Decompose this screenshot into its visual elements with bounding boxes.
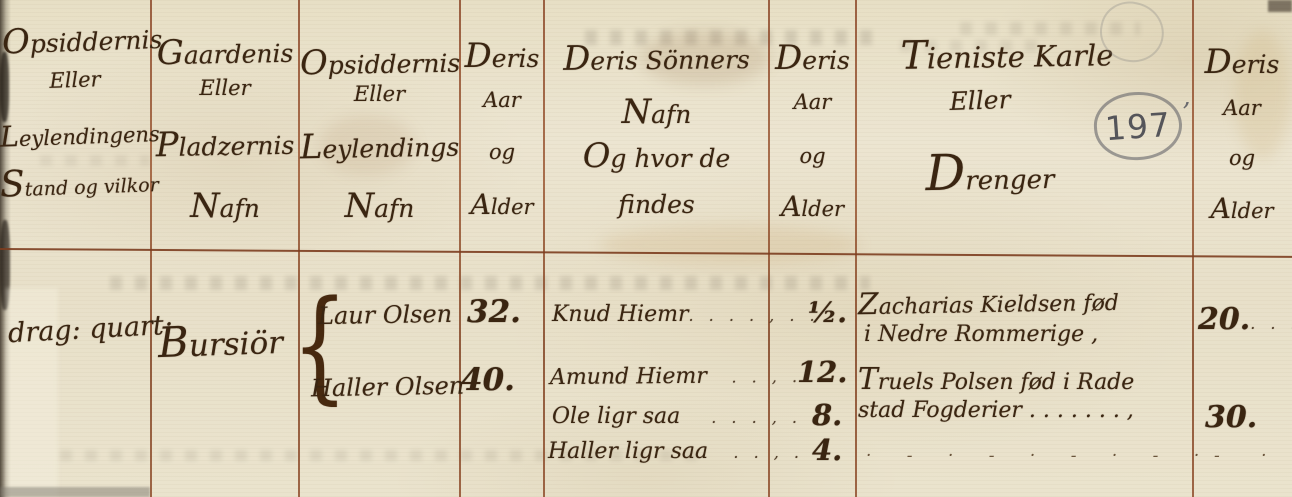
son-age: 12. [797, 355, 847, 389]
column-header-line: og [461, 140, 543, 164]
column-header-line: Aar [461, 88, 543, 112]
son-name: Amund Hiemr [550, 364, 707, 390]
column-header-line: Eller [880, 83, 1081, 119]
son-dot-leader: . . . . , . . [688, 306, 819, 325]
column-header-line: Nafn [300, 186, 459, 225]
column-header-line: Deris Sönners [545, 37, 768, 78]
servant-name-line: stad Fogderier . . . . . . . , [858, 398, 1134, 423]
son-name: Ole ligr saa [552, 404, 680, 429]
bleedthrough-band [110, 276, 870, 290]
son-dot-leader: . . . , . [711, 408, 802, 427]
servant-age: 30. [1205, 400, 1257, 435]
column-header-line: Aar [770, 90, 855, 114]
column-header-line: Eller [152, 76, 298, 100]
row-farm-name: Bursiör [157, 314, 283, 367]
column-header-line: findes [545, 190, 768, 219]
page-edge-bottom [0, 487, 150, 497]
column-header-line: Aar [1194, 96, 1290, 120]
column-header-line: Nafn [545, 92, 768, 131]
column-header-line: Stand og vilkor [0, 169, 150, 201]
column-header-line: Leylendings [300, 125, 460, 167]
row-status: drag: quart: [7, 310, 173, 350]
servant-name-line: Zacharias Kieldsen fød [858, 283, 1119, 323]
header-rule [0, 248, 1292, 258]
column-header-line: Alder [461, 188, 543, 221]
stamp-tick-mark: ’ [1182, 98, 1190, 128]
son-age: 4. [812, 433, 842, 467]
paper-stain [600, 225, 860, 265]
son-name: Knud Hiemr [552, 302, 688, 327]
son-dot-leader: . . , . [731, 367, 802, 387]
son-age: 8. [812, 398, 842, 432]
column-header-line: Alder [770, 190, 855, 223]
servant-name-line: Truels Polsen fød i Rade [858, 362, 1134, 397]
occupant-name: Laur Olsen [318, 300, 453, 330]
column-header-line: Opsiddernis [1, 17, 148, 61]
column-header-line: Leylendingens [0, 115, 151, 153]
page-number-stamp: 197 [1092, 89, 1185, 163]
servant-name-line: i Nedre Rommerige , [864, 322, 1098, 347]
column-header-line: Gaardenis [152, 31, 299, 73]
occupant-age: 40. [461, 362, 515, 398]
column-header-line: Pladzernis [152, 123, 299, 165]
son-age: ½. [808, 296, 847, 329]
servant-age-dots: . . . [1250, 314, 1292, 333]
column-header-line: Deris [461, 36, 543, 75]
ditto-dash-line: · - · - · - · - · [866, 446, 1186, 466]
column-header-line: Eller [300, 82, 459, 106]
son-dot-leader: . . , . [733, 443, 804, 462]
servant-age: 20. [1198, 302, 1250, 337]
column-header-line: Alder [1194, 192, 1290, 225]
column-header-line: Og hvor de [545, 136, 768, 175]
column-header-line: og [770, 144, 855, 168]
occupant-name: Haller Olsen [311, 372, 465, 403]
column-header-line: Deris [1194, 42, 1290, 81]
son-name: Haller ligr saa [548, 439, 708, 464]
ditto-dash-line: - · [1214, 446, 1285, 466]
page-edge-blot [0, 220, 10, 310]
bleedthrough-band [40, 155, 150, 166]
page-edge-corner [1268, 0, 1292, 12]
occupant-age: 32. [467, 294, 521, 330]
column-header-line: Drenger [870, 156, 1111, 198]
column-header-line: Opsiddernis [300, 41, 460, 83]
column-header-line: Eller [2, 65, 149, 94]
manuscript-page: Opsiddernis Eller Leylendingens Stand og… [0, 0, 1292, 497]
column-header-line: Nafn [152, 186, 298, 225]
column-header-line: og [1194, 146, 1290, 170]
column-header-line: Deris [770, 38, 855, 77]
